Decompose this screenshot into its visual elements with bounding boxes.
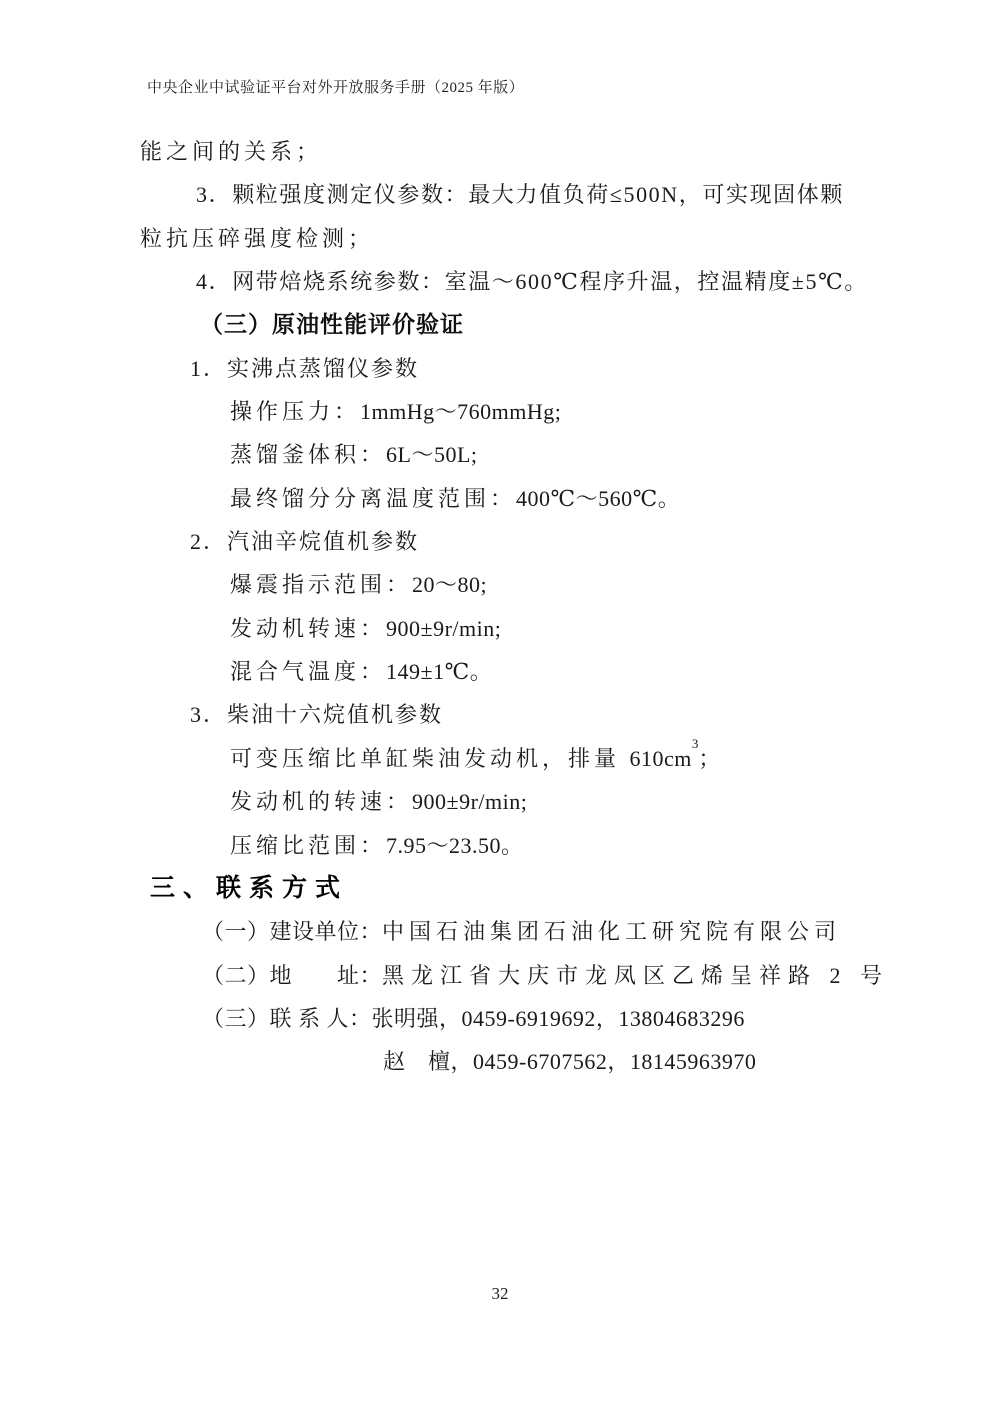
contact-label: （一）建设单位： <box>202 919 382 944</box>
contact-value: 中国石油集团石油化工研究院有限公司 <box>382 919 841 944</box>
parameter-value: 900±9r/min; <box>412 789 527 814</box>
parameter-line: 操作压力：1mmHg～760mmHg; <box>230 390 857 433</box>
document-page: 中央企业中试验证平台对外开放服务手册（2025 年版） 能之间的关系； 3．颗粒… <box>0 0 1000 1414</box>
parameter-text: 可变压缩比单缸柴油发动机，排量 <box>230 746 630 771</box>
parameter-label: 蒸馏釜体积： <box>230 442 386 467</box>
contact-value: 黑龙江省大庆市龙凤区乙烯呈祥路 2 号 <box>382 963 889 988</box>
parameter-line: 最终馏分分离温度范围：400℃～560℃。 <box>230 477 857 520</box>
contact-label: （三）联 系 人： <box>202 1006 372 1031</box>
parameter-value: 149±1℃。 <box>386 659 492 684</box>
parameter-label: 爆震指示范围： <box>230 572 412 597</box>
parameter-label: 发动机的转速： <box>230 789 412 814</box>
parameter-value: 900±9r/min; <box>386 616 501 641</box>
parameter-value: 1mmHg～760mmHg; <box>360 399 561 424</box>
parameter-value: 610cm <box>630 746 692 771</box>
page-number: 32 <box>0 1284 1000 1304</box>
contact-line: （二）地 址：黑龙江省大庆市龙凤区乙烯呈祥路 2 号 <box>202 954 857 997</box>
parameter-label: 发动机转速： <box>230 616 386 641</box>
superscript-3: 3 <box>692 736 699 751</box>
parameter-punctuation: ； <box>698 746 721 771</box>
list-item: 2．汽油辛烷值机参数 <box>190 520 857 563</box>
parameter-value: 400℃～560℃。 <box>516 486 680 511</box>
parameter-value: 7.95～23.50。 <box>386 833 524 858</box>
parameter-line: 蒸馏釜体积：6L～50L; <box>230 433 857 476</box>
parameter-label: 操作压力： <box>230 399 360 424</box>
paragraph-line: 4．网带焙烧系统参数：室温～600℃程序升温，控温精度±5℃。 <box>196 260 857 303</box>
paragraph-line: 3．颗粒强度测定仪参数：最大力值负荷≤500N，可实现固体颗 <box>196 173 857 216</box>
parameter-label: 混合气温度： <box>230 659 386 684</box>
parameter-line: 可变压缩比单缸柴油发动机，排量 610cm3； <box>230 737 857 780</box>
chapter-heading: 三、联系方式 <box>150 867 857 910</box>
contact-value: 张明强，0459-6919692，13804683296 <box>372 1006 745 1031</box>
contact-line: （三）联 系 人：张明强，0459-6919692，13804683296 <box>202 997 857 1040</box>
parameter-value: 6L～50L; <box>386 442 478 467</box>
document-body: 能之间的关系； 3．颗粒强度测定仪参数：最大力值负荷≤500N，可实现固体颗 粒… <box>140 130 857 1084</box>
page-header-title: 中央企业中试验证平台对外开放服务手册（2025 年版） <box>147 76 524 97</box>
paragraph-line: 能之间的关系； <box>140 130 857 173</box>
parameter-line: 压缩比范围：7.95～23.50。 <box>230 824 857 867</box>
parameter-label: 最终馏分分离温度范围： <box>230 486 516 511</box>
parameter-label: 压缩比范围： <box>230 833 386 858</box>
parameter-line: 混合气温度：149±1℃。 <box>230 650 857 693</box>
list-item: 3．柴油十六烷值机参数 <box>190 693 857 736</box>
parameter-line: 爆震指示范围：20～80; <box>230 563 857 606</box>
contact-line: （一）建设单位：中国石油集团石油化工研究院有限公司 <box>202 910 857 953</box>
contact-line-continuation: 赵 檀，0459-6707562，18145963970 <box>383 1040 857 1083</box>
contact-label: （二）地 址： <box>202 963 382 988</box>
parameter-line: 发动机的转速：900±9r/min; <box>230 780 857 823</box>
paragraph-line: 粒抗压碎强度检测； <box>140 217 857 260</box>
parameter-line: 发动机转速：900±9r/min; <box>230 607 857 650</box>
list-item: 1．实沸点蒸馏仪参数 <box>190 347 857 390</box>
parameter-value: 20～80; <box>412 572 487 597</box>
section-heading: （三）原油性能评价验证 <box>200 303 857 346</box>
